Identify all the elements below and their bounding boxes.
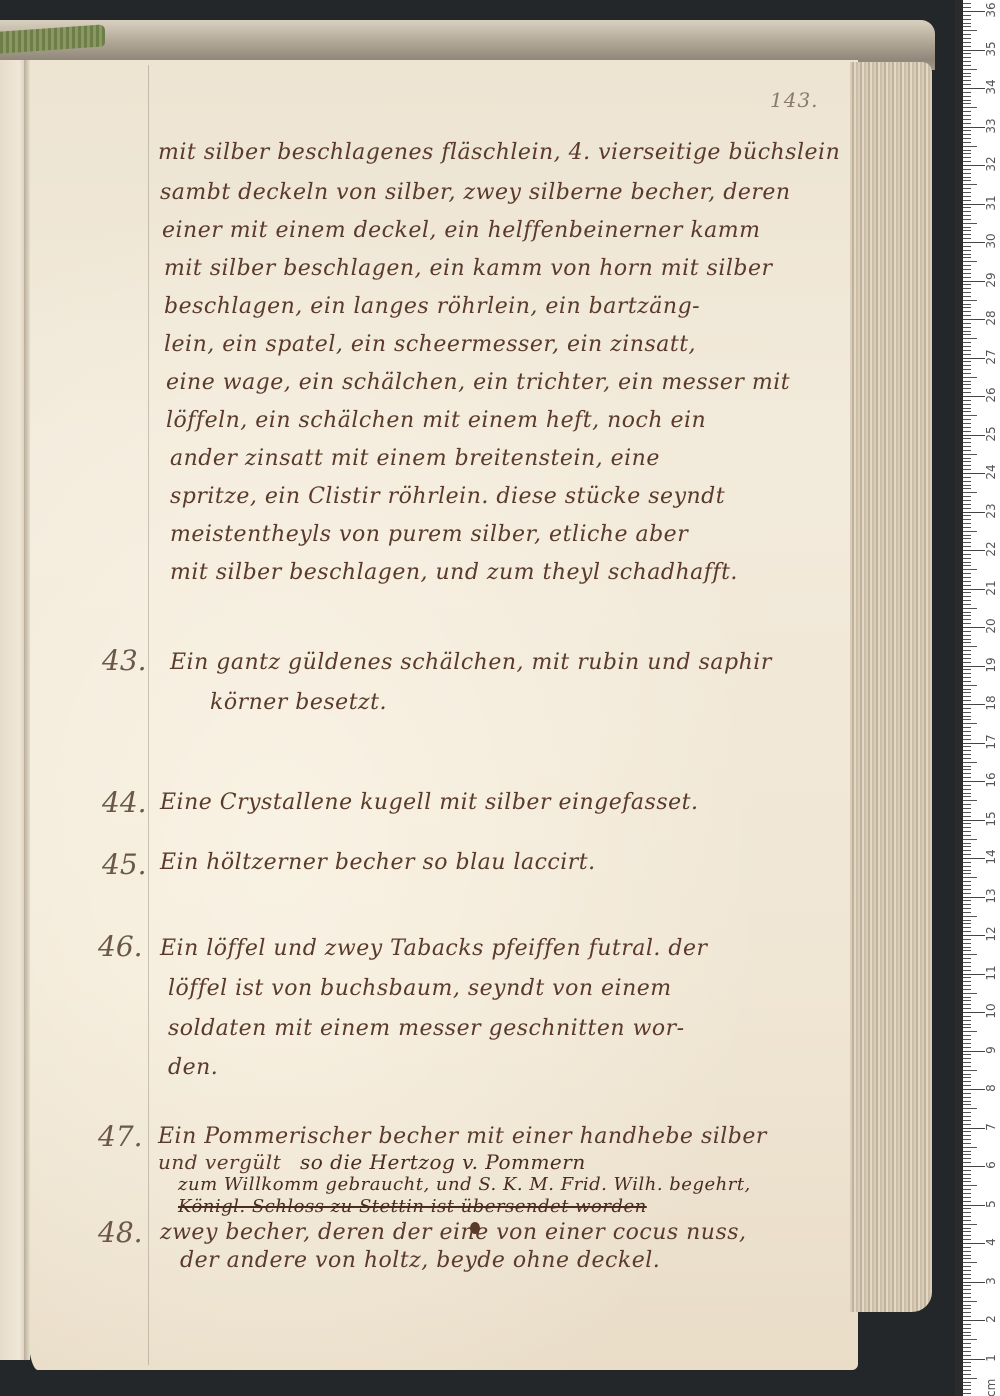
ruler-tick: [963, 870, 971, 871]
text-line: beschlagen, ein langes röhrlein, ein bar…: [164, 294, 700, 319]
text-line: meistentheyls von purem silber, etliche …: [170, 522, 688, 547]
ruler-tick: [963, 523, 971, 524]
ruler-tick: [963, 777, 971, 778]
ruler-tick: [963, 227, 971, 228]
ruler-tick: [963, 781, 985, 782]
ruler-tick: [963, 550, 985, 551]
ruler-tick: [963, 488, 971, 489]
ruler-tick: [963, 150, 971, 151]
ruler-tick: [963, 215, 971, 216]
ruler-tick: [963, 496, 971, 497]
ruler-tick: [963, 881, 971, 882]
ruler-tick: [963, 581, 971, 582]
ruler-tick: [963, 877, 977, 878]
ruler-tick: [963, 796, 971, 797]
ruler-tick: [963, 931, 971, 932]
text-line: Eine Crystallene kugell mit silber einge…: [160, 790, 698, 815]
ruler-tick: [963, 1301, 977, 1302]
ruler-tick: [963, 119, 971, 120]
ruler-tick: [963, 1393, 971, 1394]
ruler-tick: [963, 1224, 977, 1225]
later-annotation-line: Königl. Schloss zu Stettin ist übersende…: [178, 1196, 647, 1217]
ruler-tick: [963, 350, 971, 351]
ruler-tick: [963, 850, 971, 851]
ruler-tick: [963, 1000, 971, 1001]
ruler-tick: [963, 577, 971, 578]
ruler-tick: [963, 1293, 971, 1294]
ruler-tick: [963, 1085, 971, 1086]
ruler-label: 29: [984, 271, 998, 289]
ruler-tick: [963, 1382, 971, 1383]
ruler-tick: [963, 381, 971, 382]
ruler-tick: [963, 515, 971, 516]
ruler-tick: [963, 26, 971, 27]
ruler-tick: [963, 631, 971, 632]
ruler-tick: [963, 1332, 971, 1333]
ruler-tick: [963, 723, 977, 724]
ruler-tick: [963, 816, 971, 817]
ruler-tick: [963, 261, 977, 262]
ruler-tick: [963, 1370, 971, 1371]
ruler-tick: [963, 130, 971, 131]
ruler-tick: [963, 538, 971, 539]
ruler-tick: [963, 431, 971, 432]
later-annotation-line: zum Willkomm gebraucht, und S. K. M. Fri…: [178, 1174, 751, 1195]
text-line: sambt deckeln von silber, zwey silberne …: [160, 180, 791, 205]
ruler-tick: [963, 38, 971, 39]
ruler-tick: [963, 34, 971, 35]
ruler-tick: [963, 358, 985, 359]
ruler-tick: [963, 565, 971, 566]
ruler-tick: [963, 1201, 971, 1202]
ruler-tick: [963, 916, 977, 917]
ruler-tick: [963, 30, 977, 31]
ruler-tick: [963, 635, 971, 636]
ruler-tick: [963, 1035, 971, 1036]
ruler-tick: [963, 1216, 971, 1217]
ruler-tick: [963, 377, 977, 378]
ruler-tick: [963, 19, 971, 20]
ruler-tick: [963, 46, 971, 47]
ruler-tick: [963, 600, 971, 601]
ruler-tick: [963, 1124, 971, 1125]
ruler-tick: [963, 977, 971, 978]
ruler-tick: [963, 639, 971, 640]
ruler-tick: [963, 1274, 971, 1275]
ruler-tick: [963, 646, 977, 647]
ruler-tick: [963, 835, 971, 836]
ruler-tick: [963, 319, 985, 320]
ruler-tick: [963, 223, 977, 224]
ruler-tick: [963, 962, 971, 963]
ruler-label: 4: [984, 1233, 998, 1251]
ruler-tick: [963, 1101, 971, 1102]
ruler-tick: [963, 1308, 971, 1309]
ruler-tick: [963, 1093, 971, 1094]
ruler-tick: [963, 1235, 971, 1236]
ruler-label: 32: [984, 155, 998, 173]
ruler-tick: [963, 269, 971, 270]
ruler-tick: [963, 731, 971, 732]
text-line: Ein höltzerner becher so blau laccirt.: [160, 850, 596, 875]
ruler-tick: [963, 123, 971, 124]
ruler-tick: [963, 1131, 971, 1132]
ruler-tick: [963, 192, 971, 193]
ruler-tick: [963, 461, 971, 462]
ruler-tick: [963, 157, 971, 158]
ruler-tick: [963, 1185, 977, 1186]
ruler-tick: [963, 311, 971, 312]
ruler-tick: [963, 1339, 977, 1340]
ruler-tick: [963, 1051, 985, 1052]
ruler-tick: [963, 1247, 971, 1248]
ruler-tick: [963, 92, 971, 93]
ruler-tick: [963, 277, 971, 278]
ruler-tick: [963, 743, 985, 744]
ruler-tick: [963, 138, 971, 139]
ruler-tick: [963, 84, 971, 85]
ruler-tick: [963, 989, 971, 990]
ruler-tick: [963, 1320, 985, 1321]
ruler-tick: [963, 1355, 971, 1356]
text-line: mit silber beschlagen, ein kamm von horn…: [164, 256, 773, 281]
ruler-tick: [963, 1054, 971, 1055]
text-line: spritze, ein Clistir röhrlein. diese stü…: [170, 484, 725, 509]
ruler-tick: [963, 997, 971, 998]
ruler-tick: [963, 1074, 971, 1075]
ruler-label: 21: [984, 579, 998, 597]
ruler-tick: [963, 327, 971, 328]
ruler-tick: [963, 1181, 971, 1182]
ruler-tick: [963, 1197, 971, 1198]
ink-blot: [470, 1222, 480, 1234]
text-line: und vergült: [158, 1150, 281, 1174]
ruler-tick: [963, 642, 971, 643]
ruler-label: 22: [984, 540, 998, 558]
ruler-edge: [955, 0, 963, 1396]
ruler-tick: [963, 1043, 971, 1044]
text-line: Ein Pommerischer becher mit einer handhe…: [158, 1124, 767, 1149]
ruler-label: 12: [984, 925, 998, 943]
ruler-tick: [963, 1351, 971, 1352]
ruler-tick: [963, 196, 971, 197]
ruler-label: 1: [984, 1349, 998, 1367]
ruler-tick: [963, 785, 971, 786]
ruler-tick: [963, 589, 985, 590]
entry-number: 46.: [98, 930, 143, 963]
ruler-label: 7: [984, 1118, 998, 1136]
ruler-tick: [963, 512, 985, 513]
ruler-tick: [963, 939, 971, 940]
ruler-tick: [963, 562, 971, 563]
ruler-tick: [963, 1112, 971, 1113]
ruler-tick: [963, 1189, 971, 1190]
ruler-tick: [963, 966, 971, 967]
ruler-tick: [963, 716, 971, 717]
ruler-tick: [963, 134, 971, 135]
ruler-tick: [963, 554, 971, 555]
ruler-tick: [963, 96, 971, 97]
ruler-tick: [963, 177, 971, 178]
ruler-tick: [963, 273, 971, 274]
ruler-tick: [963, 3, 971, 4]
ruler-tick: [963, 361, 971, 362]
ruler-tick: [963, 769, 971, 770]
ruler-tick: [963, 573, 971, 574]
ruler-tick: [963, 1174, 971, 1175]
ruler-tick: [963, 458, 971, 459]
ruler-tick: [963, 1120, 971, 1121]
ruler-tick: [963, 981, 971, 982]
ruler-tick: [963, 438, 971, 439]
ruler-tick: [963, 800, 977, 801]
manuscript-scan: 143. mit silber beschlagenes fläschlein,…: [0, 0, 1000, 1396]
ruler-tick: [963, 954, 977, 955]
ruler-tick: [963, 746, 971, 747]
ruler-tick: [963, 908, 971, 909]
ruler-tick: [963, 1239, 971, 1240]
ruler-tick: [963, 1328, 971, 1329]
ruler-tick: [963, 254, 971, 255]
ruler-tick: [963, 893, 971, 894]
ruler-tick: [963, 1062, 971, 1063]
ruler-tick: [963, 900, 971, 901]
ruler-tick: [963, 373, 971, 374]
ruler-tick: [963, 662, 971, 663]
ruler-tick: [963, 1004, 971, 1005]
ruler-tick: [963, 704, 985, 705]
ruler-tick: [963, 477, 971, 478]
ruler-tick: [963, 897, 985, 898]
ruler-tick: [963, 608, 977, 609]
ruler-tick: [963, 246, 971, 247]
ruler-tick: [963, 927, 971, 928]
ruler-tick: [963, 585, 971, 586]
ruler-tick: [963, 76, 971, 77]
ruler-tick: [963, 492, 977, 493]
ruler-tick: [963, 1374, 971, 1375]
ruler-label: 26: [984, 386, 998, 404]
ruler-tick: [963, 1305, 971, 1306]
ruler-tick: [963, 542, 971, 543]
entry-number: 45.: [102, 848, 147, 881]
ruler-tick: [963, 558, 971, 559]
ruler-tick: [963, 1058, 971, 1059]
ruler-tick: [963, 654, 971, 655]
ruler-tick: [963, 115, 971, 116]
ruler-tick: [963, 1104, 971, 1105]
ruler-tick: [963, 947, 971, 948]
ruler-tick: [963, 169, 971, 170]
ruler-tick: [963, 839, 977, 840]
text-line: der andere von holtz, beyde ohne deckel.: [180, 1248, 660, 1273]
ruler-tick: [963, 1343, 971, 1344]
ruler-tick: [963, 1258, 971, 1259]
ruler-tick: [963, 820, 985, 821]
ruler-tick: [963, 535, 971, 536]
ruler-tick: [963, 415, 977, 416]
ruler-tick: [963, 789, 971, 790]
ruler-label: 15: [984, 810, 998, 828]
ruler-label: 13: [984, 887, 998, 905]
text-line: einer mit einem deckel, ein helffenbeine…: [162, 218, 761, 243]
ruler-tick: [963, 281, 985, 282]
ruler-tick: [963, 700, 971, 701]
ruler-tick: [963, 1205, 985, 1206]
ruler-label: 16: [984, 771, 998, 789]
ruler-tick: [963, 365, 971, 366]
ruler-tick: [963, 1070, 977, 1071]
ruler-label: 33: [984, 117, 998, 135]
ruler-tick: [963, 1297, 971, 1298]
ruler-tick: [963, 435, 985, 436]
ruler-tick: [963, 677, 971, 678]
ruler-tick: [963, 831, 971, 832]
ruler-tick: [963, 1316, 971, 1317]
ruler-tick: [963, 1324, 971, 1325]
ruler-tick: [963, 207, 971, 208]
ruler-tick: [963, 454, 977, 455]
ruler-tick: [963, 1170, 971, 1171]
ruler-tick: [963, 1262, 977, 1263]
ruler-tick: [963, 843, 971, 844]
ruler-tick: [963, 766, 971, 767]
text-line: mit silber beschlagen, und zum theyl sch…: [170, 560, 738, 585]
ruler-tick: [963, 604, 971, 605]
ruler-tick: [963, 200, 971, 201]
ruler-tick: [963, 465, 971, 466]
ruler-tick: [963, 1359, 985, 1360]
ruler-label: 20: [984, 617, 998, 635]
ruler-tick: [963, 446, 971, 447]
ruler-tick: [963, 1020, 971, 1021]
ruler-tick: [963, 827, 971, 828]
entry-number: 44.: [102, 786, 147, 819]
ruler-tick: [963, 1012, 985, 1013]
ruler-tick: [963, 696, 971, 697]
ruler-tick: [963, 315, 971, 316]
ruler-tick: [963, 323, 971, 324]
ruler-tick: [963, 396, 985, 397]
ruler-tick: [963, 450, 971, 451]
ruler-tick: [963, 1047, 971, 1048]
ruler-tick: [963, 1362, 971, 1363]
ruler-tick: [963, 354, 971, 355]
ruler-tick: [963, 442, 971, 443]
ruler-tick: [963, 569, 977, 570]
text-line: Ein gantz güldenes schälchen, mit rubin …: [170, 650, 772, 675]
ruler-tick: [963, 173, 971, 174]
ruler-tick: [963, 238, 971, 239]
ruler-tick: [963, 758, 971, 759]
ruler-tick: [963, 1166, 985, 1167]
ruler-tick: [963, 485, 971, 486]
ruler-label: 30: [984, 232, 998, 250]
ruler-tick: [963, 762, 977, 763]
ruler-tick: [963, 250, 971, 251]
ruler-tick: [963, 673, 971, 674]
entry-number: 48.: [98, 1216, 143, 1249]
ruler-tick: [963, 719, 971, 720]
ruler-tick: [963, 531, 977, 532]
ruler-tick: [963, 712, 971, 713]
ruler-tick: [963, 292, 971, 293]
ruler-tick: [963, 400, 971, 401]
ruler-tick: [963, 1378, 977, 1379]
ruler-tick: [963, 508, 971, 509]
ruler-tick: [963, 257, 971, 258]
ruler-tick: [963, 1027, 971, 1028]
ruler-tick: [963, 1108, 977, 1109]
text-line: soldaten mit einem messer geschnitten wo…: [168, 1016, 685, 1041]
ruler-tick: [963, 411, 971, 412]
ruler-tick: [963, 142, 971, 143]
ruler-tick: [963, 727, 971, 728]
ruler-tick: [963, 288, 971, 289]
ruler-tick: [963, 993, 977, 994]
ruler-tick: [963, 504, 971, 505]
ruler-tick: [963, 127, 985, 128]
ruler-tick: [963, 334, 971, 335]
ruler-tick: [963, 1228, 971, 1229]
ruler-tick: [963, 1158, 971, 1159]
ruler-tick: [963, 1385, 971, 1386]
ruler-tick: [963, 211, 971, 212]
ruler-tick: [963, 804, 971, 805]
ruler-label: 31: [984, 194, 998, 212]
text-line: lein, ein spatel, ein scheermesser, ein …: [164, 332, 696, 357]
ruler-tick: [963, 69, 977, 70]
later-annotation-line: so die Hertzog v. Pommern: [300, 1150, 586, 1174]
ruler-label: 6: [984, 1156, 998, 1174]
ruler-tick: [963, 669, 971, 670]
ruler-tick: [963, 1154, 971, 1155]
ruler-tick: [963, 165, 985, 166]
ruler-tick: [963, 920, 971, 921]
ruler-tick: [963, 65, 971, 66]
ruler-tick: [963, 219, 971, 220]
ruler-tick: [963, 469, 971, 470]
ruler-tick: [963, 296, 971, 297]
ruler-tick: [963, 739, 971, 740]
ruler-tick: [963, 681, 971, 682]
ruler-tick: [963, 392, 971, 393]
ruler-tick: [963, 923, 971, 924]
ruler-tick: [963, 950, 971, 951]
ruler-tick: [963, 592, 971, 593]
ruler-tick: [963, 384, 971, 385]
ruler-tick: [963, 42, 971, 43]
ruler-tick: [963, 1208, 971, 1209]
entry-number: 43.: [102, 644, 147, 677]
ruler-tick: [963, 481, 971, 482]
ruler-label: 36: [984, 1, 998, 19]
page-number: 143.: [770, 88, 819, 112]
text-line: löffel ist von buchsbaum, seyndt von ein…: [168, 976, 672, 1001]
text-line: körner besetzt.: [210, 690, 387, 715]
ruler-tick: [963, 342, 971, 343]
ruler-tick: [963, 619, 971, 620]
ruler-tick: [963, 985, 971, 986]
ruler-tick: [963, 885, 971, 886]
ruler-tick: [963, 1128, 985, 1129]
ruler-tick: [963, 500, 971, 501]
ruler-tick: [963, 1212, 971, 1213]
text-line: löffeln, ein schälchen mit einem heft, n…: [166, 408, 706, 433]
ruler-tick: [963, 184, 977, 185]
ruler-unit-label: cm: [984, 1379, 998, 1396]
ruler-tick: [963, 23, 971, 24]
